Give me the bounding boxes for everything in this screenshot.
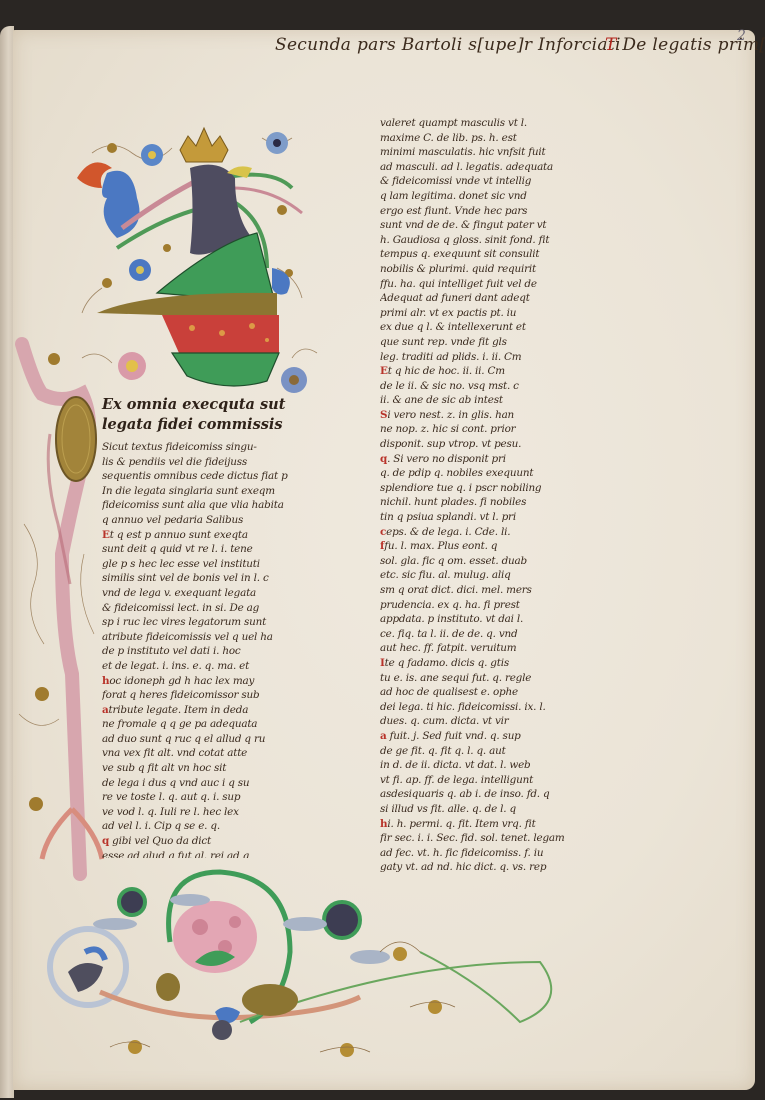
text-line: primi alr. vt ex pactis pt. iu	[380, 306, 580, 321]
text-line: de le ii. & sic no. vsq mst. c	[380, 379, 580, 394]
text-line: ergo est fiunt. Vnde hec pars	[380, 204, 580, 219]
text-line: ex due q l. & intellexerunt et	[380, 320, 580, 335]
text-line: fideicomiss sunt alia que vlia habita	[102, 498, 288, 513]
rubric-initial: a	[380, 730, 387, 742]
rubric-initial: q	[102, 835, 109, 847]
text-line: de ge fit. q. fit q. l. q. aut	[380, 744, 580, 759]
text-line: tu e. is. ane sequi fut. q. regle	[380, 671, 580, 686]
text-line: de p instituto vel dati i. hoc	[102, 644, 288, 659]
text-line: in d. de ii. dicta. vt dat. l. web	[380, 758, 580, 773]
text-line: atribute fideicomissis vel q uel ha	[102, 630, 288, 645]
text-line: hi. h. permi. q. fit. Item vrq. fit	[380, 817, 580, 832]
text-line: ffu. l. max. Plus eont. q	[380, 539, 580, 554]
text-line: ffu. ha. qui intelliget fuit vel de	[380, 277, 580, 292]
text-line: atribute legate. Item in deda	[102, 703, 288, 718]
text-line: q. Si vero no disponit pri	[380, 452, 580, 467]
text-line: Et q est p annuo sunt exeqta	[102, 528, 288, 543]
text-line: dei lega. ti hic. fideicomissi. ix. l.	[380, 700, 580, 715]
text-line: vnd de lega v. exequant legata	[102, 586, 288, 601]
text-line: gle p s hec lec esse vel instituti	[102, 557, 288, 572]
rubric-initial: h	[102, 675, 109, 687]
text-line: fir sec. i. i. Sec. fid. sol. tenet. leg…	[380, 831, 580, 846]
rubric-initial: E	[102, 529, 110, 541]
text-line: dues. q. cum. dicta. vt vir	[380, 714, 580, 729]
text-line: ad fec. vt. h. fic fideicomiss. f. iu	[380, 846, 580, 861]
text-line: ad masculi. ad l. legatis. adequata	[380, 160, 580, 175]
rubric-initial: h	[380, 818, 387, 830]
text-line: hoc idoneph gd h hac lex may	[102, 674, 288, 689]
text-line: q. de pdip q. nobiles exequunt	[380, 466, 580, 481]
text-line: sunt vnd de de. & fingut pater vt	[380, 218, 580, 233]
text-line: & fideicomissi lect. in si. De ag	[102, 601, 288, 616]
text-line: esse ad alud q fut al. rei ad q	[102, 849, 288, 858]
text-line: similis sint vel de bonis vel in l. c	[102, 571, 288, 586]
text-column-left: Sicut textus fideicomiss singu-lis & pen…	[102, 440, 288, 858]
text-line: prudencia. ex q. ha. fi prest	[380, 598, 580, 613]
text-line: Si vero nest. z. in glis. han	[380, 408, 580, 423]
running-title: Secunda pars Bartoli s[upe]r Inforciati	[275, 35, 621, 55]
rubric-initial: I	[380, 657, 385, 669]
text-line: aut hec. ff. fatpit. veruitum	[380, 641, 580, 656]
text-line: Et q hic de hoc. ii. ii. Cm	[380, 364, 580, 379]
text-line: sol. gla. fic q om. esset. duab	[380, 554, 580, 569]
incipit: Ex omnia execquta sut legata fidei commi…	[102, 395, 302, 435]
text-line: In die legata singlaria sunt exeqm	[102, 484, 288, 499]
text-line: nichil. hunt plades. fi nobiles	[380, 495, 580, 510]
text-line: ii. & ane de sic ab intest	[380, 393, 580, 408]
text-line: forat q heres fideicomissor sub	[102, 688, 288, 703]
text-line: disponit. sup vtrop. vt pesu.	[380, 437, 580, 452]
text-line: vna vex fit alt. vnd cotat atte	[102, 746, 288, 761]
text-line: ce. fiq. ta l. ii. de de. q. vnd	[380, 627, 580, 642]
text-line: vt fi. ap. ff. de lega. intelligunt	[380, 773, 580, 788]
text-line: tin q psiua splandi. vt l. pri	[380, 510, 580, 525]
text-line: lis & pendiis vel die fideijuss	[102, 455, 288, 470]
rubric-initial: q	[380, 453, 387, 465]
text-line: sp i ruc lec vires legatorum sunt	[102, 615, 288, 630]
text-line: q lam legitima. donet sic vnd	[380, 189, 580, 204]
rubric-initial: S	[380, 409, 387, 421]
text-line: ad vel l. i. Cip q se e. q.	[102, 819, 288, 834]
incipit-line-1: Ex omnia execquta sut	[102, 395, 302, 415]
text-line: h. Gaudiosa q gloss. sinit fond. fit	[380, 233, 580, 248]
text-line: tempus q. exequunt sit consulit	[380, 247, 580, 262]
text-line: ne nop. z. hic si cont. prior	[380, 422, 580, 437]
text-line: q gibi vel Quo da dict	[102, 834, 288, 849]
text-line: splendiore tue q. i pscr nobiling	[380, 481, 580, 496]
text-line: maxime C. de lib. ps. h. est	[380, 131, 580, 146]
text-line: Adequat ad funeri dant adeqt	[380, 291, 580, 306]
illuminated-initial-o-border	[14, 324, 104, 904]
text-line: sm q orat dict. dici. mel. mers	[380, 583, 580, 598]
text-line: sequentis omnibus cede dictus fiat pe	[102, 469, 288, 484]
book-spine-edge	[0, 26, 14, 1098]
text-line: re ve toste l. q. aut q. i. sup	[102, 790, 288, 805]
incipit-line-2: legata fidei commissis	[102, 415, 302, 435]
text-line: si illud vs fit. alle. q. de l. q	[380, 802, 580, 817]
text-line: sunt deit q quid vt re l. i. tene	[102, 542, 288, 557]
text-line: & fideicomissi vnde vt intellig	[380, 174, 580, 189]
text-line: valeret quampt masculis vt l.	[380, 116, 580, 131]
text-line: minimi masculatis. hic vnfsit fuit	[380, 145, 580, 160]
running-header: Secunda pars Bartoli s[upe]r Inforciati …	[275, 35, 621, 55]
text-line: Sicut textus fideicomiss singu-	[102, 440, 288, 455]
text-line: ad hoc de qualisest e. ophe	[380, 685, 580, 700]
text-line: appdata. p instituto. vt dai l.	[380, 612, 580, 627]
text-line: que sunt rep. vnde fit gls	[380, 335, 580, 350]
section-initial: T	[605, 35, 617, 55]
rubric-initial: E	[380, 365, 388, 377]
text-line: de lega i dus q vnd auc i q su	[102, 776, 288, 791]
text-line: ceps. & de lega. i. Cde. li.	[380, 525, 580, 540]
text-line: ne fromale q q ge pa adequata	[102, 717, 288, 732]
text-line: ve vod l. q. Iuli re l. hec lex	[102, 805, 288, 820]
rubric-initial: c	[380, 526, 386, 538]
text-line: nobilis & plurimi. quid requirit	[380, 262, 580, 277]
text-line: Ite q fadamo. dicis q. gtis	[380, 656, 580, 671]
text-line: ad duo sunt q ruc q el allud q ru	[102, 732, 288, 747]
text-line: ve sub q fit alt vn hoc sit	[102, 761, 288, 776]
folio-number: 2	[737, 28, 746, 44]
text-line: q annuo vel pedaria Salibus	[102, 513, 288, 528]
rubric-initial: f	[380, 540, 384, 552]
bas-de-page-flourish	[40, 862, 560, 1082]
text-line: etc. sic fiu. al. mulug. aliq	[380, 568, 580, 583]
text-line: a fuit. j. Sed fuit vnd. q. sup	[380, 729, 580, 744]
text-line: et de legat. i. ins. e. q. ma. et	[102, 659, 288, 674]
text-line: leg. traditi ad plids. i. ii. Cm	[380, 350, 580, 365]
text-column-right: valeret quampt masculis vt l.maxime C. d…	[380, 116, 580, 876]
text-line: asdesiquaris q. ab i. de inso. fd. q	[380, 787, 580, 802]
rubric-initial: a	[102, 704, 109, 716]
